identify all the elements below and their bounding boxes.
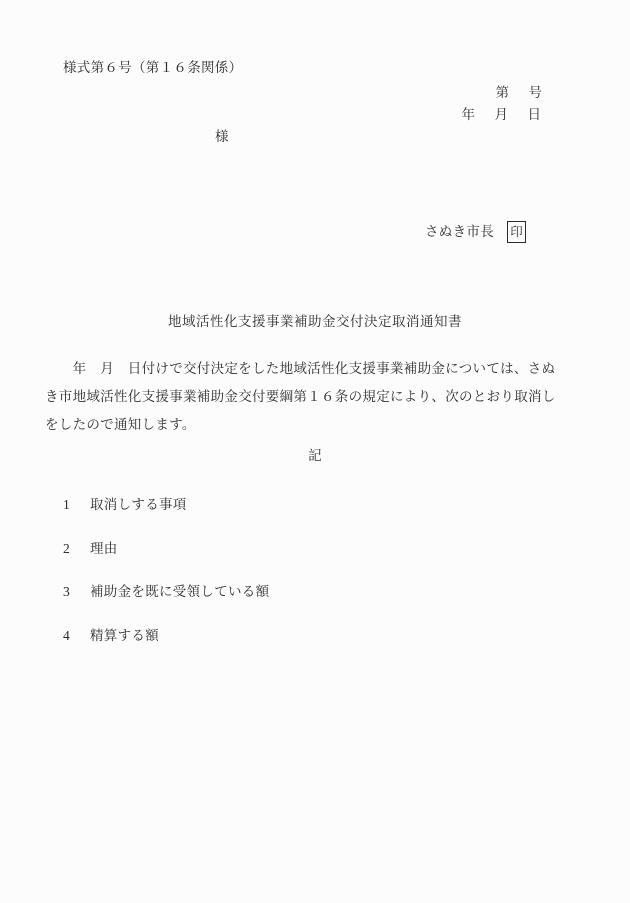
body-line: 年 月 日付けで交付決定をした地域活性化支援事業補助金については、さぬ	[45, 355, 575, 383]
list-item: 1取消しする事項	[63, 497, 269, 541]
item-label: 補助金を既に受領している額	[90, 584, 269, 599]
document-page: 様式第６号（第１６条関係） 第 号 年 月 日 様 さぬき市長 印 地域活性化支…	[0, 0, 630, 903]
item-number: 3	[63, 584, 90, 600]
item-list: 1取消しする事項 2理由 3補助金を既に受領している額 4精算する額	[63, 497, 269, 671]
item-label: 取消しする事項	[90, 497, 187, 512]
list-item: 3補助金を既に受領している額	[63, 584, 269, 628]
item-number: 1	[63, 497, 90, 513]
addressee-honorific: 様	[215, 129, 229, 145]
item-number: 2	[63, 541, 90, 557]
list-item: 2理由	[63, 541, 269, 585]
list-item: 4精算する額	[63, 628, 269, 672]
sender-line: さぬき市長 印	[425, 221, 526, 243]
item-number: 4	[63, 628, 90, 644]
sender-name: さぬき市長	[425, 224, 494, 240]
body-paragraph: 年 月 日付けで交付決定をした地域活性化支援事業補助金については、さぬ き市地域…	[45, 355, 575, 439]
body-line: をしたので通知します。	[45, 411, 575, 439]
doc-number-line: 第 号	[496, 85, 546, 101]
seal-stamp-icon: 印	[507, 221, 526, 243]
record-marker: 記	[0, 448, 630, 464]
document-title: 地域活性化支援事業補助金交付決定取消通知書	[0, 314, 630, 330]
form-number-label: 様式第６号（第１６条関係）	[63, 60, 242, 76]
date-line: 年 月 日	[462, 107, 545, 123]
body-line: き市地域活性化支援事業補助金交付要綱第１６条の規定により、次のとおり取消し	[45, 383, 575, 411]
item-label: 精算する額	[90, 628, 159, 643]
item-label: 理由	[90, 541, 118, 556]
